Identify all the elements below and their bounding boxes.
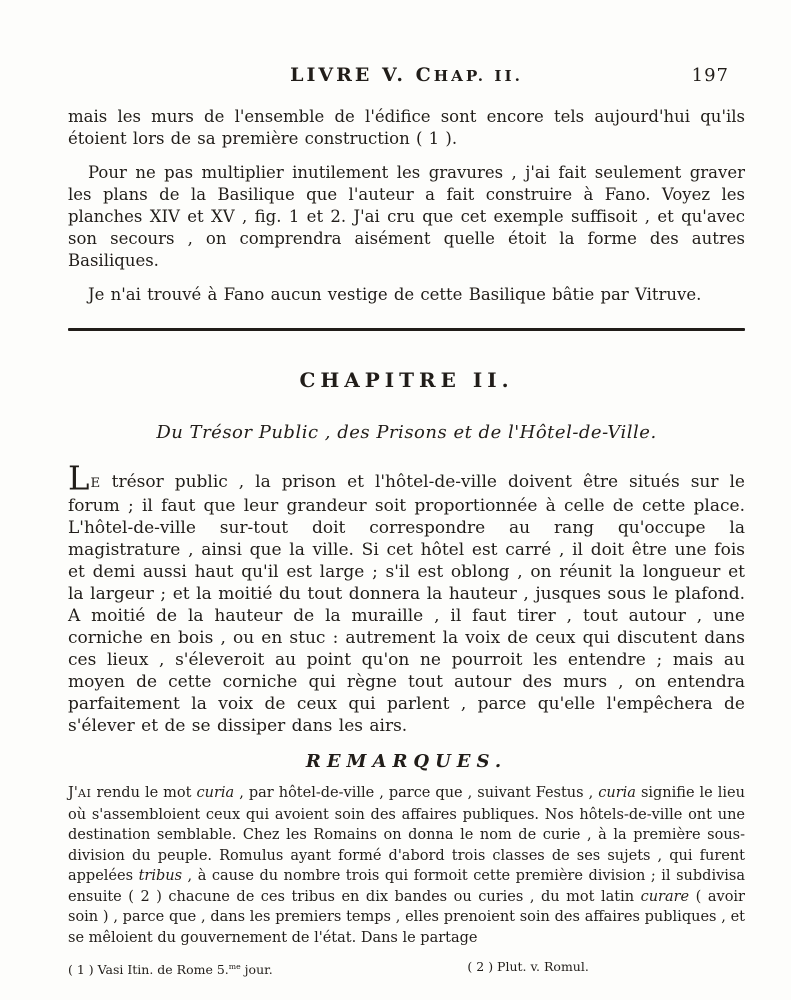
running-title: LIVRE V. CHAP. II. (68, 64, 745, 86)
footnote-2: ( 2 ) Plut. v. Romul. (467, 959, 588, 978)
footnote-1: ( 1 ) Vasi Itin. de Rome 5.me jour. (68, 959, 467, 978)
paragraph-vestige-fano: Je n'ai trouvé à Fano aucun vestige de c… (68, 284, 745, 306)
book-page: LIVRE V. CHAP. II. 197 mais les murs de … (0, 0, 791, 1000)
remarks-heading: REMARQUES. (68, 749, 745, 775)
paragraph-gravures-fano: Pour ne pas multiplier inutilement les g… (68, 162, 745, 272)
remarks-paragraph: J'AI rendu le mot curia , par hôtel-de-v… (68, 783, 745, 948)
paragraph-construction-continuation: mais les murs de l'ensemble de l'édifice… (68, 106, 745, 150)
lead-paragraph: LE trésor public , la prison et l'hôtel-… (68, 471, 745, 737)
chapter-heading: CHAPITRE II. (68, 367, 745, 393)
chapter-subtitle: Du Trésor Public , des Prisons et de l'H… (68, 421, 745, 445)
page-header: LIVRE V. CHAP. II. 197 (68, 64, 745, 90)
page-number: 197 (692, 65, 729, 86)
section-divider-rule (68, 328, 745, 331)
footnotes-row: ( 1 ) Vasi Itin. de Rome 5.me jour. ( 2 … (68, 959, 745, 978)
